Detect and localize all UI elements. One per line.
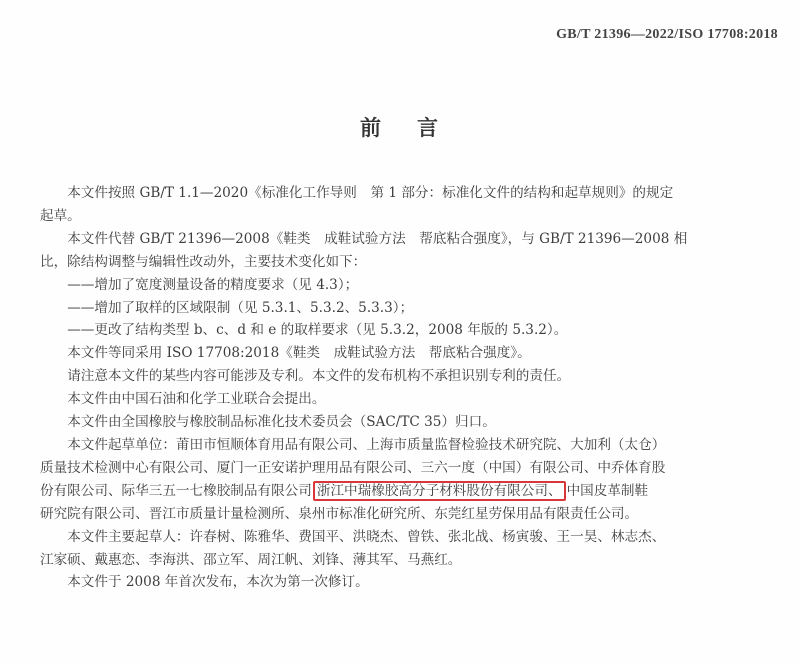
paragraph-line: 研究院有限公司、晋江市质量计量检测所、泉州市标准化研究所、东莞红星劳保用品有限责… — [40, 503, 742, 526]
paragraph-line: 本文件代替 GB/T 21396—2008《鞋类 成鞋试验方法 帮底粘合强度》，… — [40, 228, 742, 251]
paragraph-line: 比，除结构调整与编辑性改动外，主要技术变化如下： — [40, 251, 742, 274]
paragraph-line: 本文件起草单位：莆田市恒顺体育用品有限公司、上海市质量监督检验技术研究院、大加利… — [40, 434, 742, 457]
list-item: ——更改了结构类型 b、c、d 和 e 的取样要求（见 5.3.2，2008 年… — [40, 319, 742, 342]
list-item: ——增加了取样的区域限制（见 5.3.1、5.3.2、5.3.3）； — [40, 297, 742, 320]
paragraph-proposed-by: 本文件由中国石油和化学工业联合会提出。 — [40, 388, 742, 411]
foreword-body: 本文件按照 GB/T 1.1—2020《标准化工作导则 第 1 部分：标准化文件… — [40, 182, 742, 594]
title-char-2: 言 — [417, 116, 440, 140]
paragraph-publication-history: 本文件于 2008 年首次发布，本次为第一次修订。 — [40, 571, 742, 594]
paragraph-drafting-organizations: 本文件起草单位：莆田市恒顺体育用品有限公司、上海市质量监督检验技术研究院、大加利… — [40, 434, 742, 526]
paragraph-technical-committee: 本文件由全国橡胶与橡胶制品标准化技术委员会（SAC/TC 35）归口。 — [40, 411, 742, 434]
paragraph-drafting-rules: 本文件按照 GB/T 1.1—2020《标准化工作导则 第 1 部分：标准化文件… — [40, 182, 742, 228]
standard-code-header: GB/T 21396—2022/ISO 17708:2018 — [556, 27, 778, 43]
paragraph-line: 质量技术检测中心有限公司、厦门一正安诺护理用品有限公司、三六一度（中国）有限公司… — [40, 457, 742, 480]
technical-changes-list: ——增加了宽度测量设备的精度要求（见 4.3）； ——增加了取样的区域限制（见 … — [40, 274, 742, 343]
paragraph-line: 本文件按照 GB/T 1.1—2020《标准化工作导则 第 1 部分：标准化文件… — [40, 182, 742, 205]
paragraph-line: 本文件主要起草人：许春树、陈雅华、费国平、洪晓杰、曾铁、张北战、杨寅骏、王一昊、… — [40, 526, 742, 549]
page-title: 前言 — [0, 112, 800, 142]
paragraph-replaces: 本文件代替 GB/T 21396—2008《鞋类 成鞋试验方法 帮底粘合强度》，… — [40, 228, 742, 274]
organization-text: 份有限公司、际华三五一七橡胶制品有限公司 — [40, 483, 312, 499]
paragraph-line: 份有限公司、际华三五一七橡胶制品有限公司浙江中瑞橡胶高分子材料股份有限公司、中国… — [40, 480, 742, 503]
paragraph-drafters: 本文件主要起草人：许春树、陈雅华、费国平、洪晓杰、曾铁、张北战、杨寅骏、王一昊、… — [40, 526, 742, 572]
list-item: ——增加了宽度测量设备的精度要求（见 4.3）； — [40, 274, 742, 297]
organization-text: 中国皮革制鞋 — [567, 483, 649, 499]
paragraph-patent-notice: 请注意本文件的某些内容可能涉及专利。本文件的发布机构不承担识别专利的责任。 — [40, 365, 742, 388]
highlighted-organization: 浙江中瑞橡胶高分子材料股份有限公司、 — [313, 481, 566, 501]
document-page: GB/T 21396—2022/ISO 17708:2018 前言 本文件按照 … — [0, 0, 800, 663]
paragraph-line: 江家硕、戴惠恋、李海洪、邵立军、周江帆、刘锋、薄其军、马燕红。 — [40, 549, 742, 572]
paragraph-iso-adoption: 本文件等同采用 ISO 17708:2018《鞋类 成鞋试验方法 帮底粘合强度》… — [40, 342, 742, 365]
paragraph-line: 起草。 — [40, 205, 742, 228]
title-char-1: 前 — [360, 116, 383, 140]
